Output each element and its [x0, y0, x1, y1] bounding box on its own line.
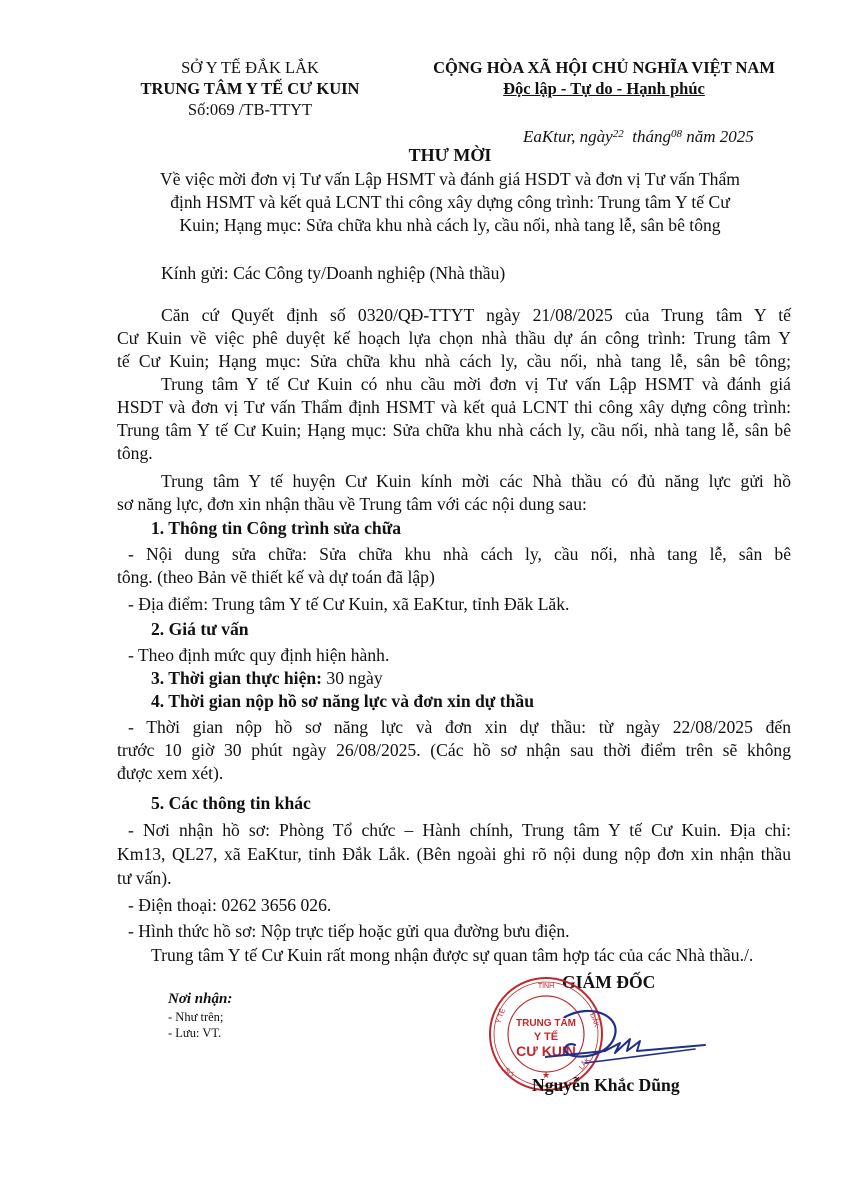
section-5-item: - Nơi nhận hồ sơ: Phòng Tổ chức – Hành c… — [128, 820, 791, 841]
section-2-item: - Theo định mức quy định hiện hành. — [128, 645, 802, 666]
section-5-item-cont: tư vấn). — [117, 868, 791, 889]
recipients-item: - Lưu: VT. — [168, 1025, 232, 1041]
para1-line: Cư Kuin về việc phê duyệt kế hoạch lựa c… — [117, 328, 791, 349]
stamp-bottom-left-text: SỞ — [502, 1066, 516, 1080]
date-month: 08 — [671, 128, 682, 140]
section-4-item-cont: được xem xét). — [117, 763, 791, 784]
national-motto: Độc lập - Tự do - Hạnh phúc — [408, 78, 800, 99]
section-3-value: 30 ngày — [322, 668, 383, 688]
closing-line: Trung tâm Y tế Cư Kuin rất mong nhận đượ… — [151, 945, 825, 966]
document-number: Số:069 /TB-TTYT — [100, 99, 400, 120]
recipients-block: Nơi nhận: - Như trên; - Lưu: VT. — [168, 989, 232, 1041]
handwritten-signature-icon — [545, 1005, 715, 1075]
date-place: EaKtur, ngày — [523, 127, 613, 146]
section-3-heading: 3. Thời gian thực hiện: — [151, 668, 322, 688]
para2-line: Trung tâm Y tế Cư Kuin có nhu cầu mời đơ… — [161, 374, 791, 395]
signer-name: Nguyễn Khắc Dũng — [532, 1075, 680, 1096]
para3-line: Trung tâm Y tế huyện Cư Kuin kính mời cá… — [161, 471, 791, 492]
section-1-item: - Nội dung sửa chữa: Sửa chữa khu nhà cá… — [128, 544, 791, 565]
para3-line: sơ năng lực, đơn xin nhận thầu về Trung … — [117, 494, 791, 515]
header-right: CỘNG HÒA XÃ HỘI CHỦ NGHĨA VIỆT NAM Độc l… — [408, 57, 800, 99]
subject: Về việc mời đơn vị Tư vấn Lập HSMT và đá… — [100, 168, 800, 237]
section-4-item: - Thời gian nộp hồ sơ năng lực và đơn xi… — [128, 717, 791, 738]
section-2-heading: 2. Giá tư vấn — [151, 619, 825, 640]
section-5-form: - Hình thức hồ sơ: Nộp trực tiếp hoặc gử… — [128, 921, 802, 942]
para1-line: Căn cứ Quyết định số 0320/QĐ-TTYT ngày 2… — [161, 305, 791, 326]
date-month-label: tháng — [632, 127, 671, 146]
section-3: 3. Thời gian thực hiện: 30 ngày — [151, 668, 825, 689]
date-year: năm 2025 — [686, 127, 754, 146]
organization-name: TRUNG TÂM Y TẾ CƯ KUIN — [100, 78, 400, 99]
subject-line: định HSMT và kết quả LCNT thi công xây d… — [100, 191, 800, 214]
para2-line: HSDT và đơn vị Tư vấn Thẩm định HSMT và … — [117, 397, 791, 418]
section-4-item-cont: trước 10 giờ 30 phút ngày 26/08/2025. (C… — [117, 740, 791, 761]
section-1-heading: 1. Thông tin Công trình sửa chữa — [151, 518, 825, 539]
para1-line: tế Cư Kuin; Hạng mục: Sửa chữa khu nhà c… — [117, 351, 791, 372]
subject-line: Kuin; Hạng mục: Sửa chữa khu nhà cách ly… — [100, 214, 800, 237]
recipients-item: - Như trên; — [168, 1009, 232, 1025]
section-5-phone: - Điện thoại: 0262 3656 026. — [128, 895, 802, 916]
date-line: EaKtur, ngày22 tháng08 năm 2025 — [523, 127, 754, 147]
subject-line: Về việc mời đơn vị Tư vấn Lập HSMT và đá… — [100, 168, 800, 191]
date-day: 22 — [613, 128, 624, 140]
para2-line: Trung tâm Y tế Cư Kuin; Hạng mục: Sửa ch… — [117, 420, 791, 441]
section-5-heading: 5. Các thông tin khác — [151, 793, 825, 814]
document-title: THƯ MỜI — [100, 145, 800, 166]
recipient-line: Kính gửi: Các Công ty/Doanh nghiệp (Nhà … — [161, 263, 505, 284]
stamp-top-text: TỈNH — [538, 981, 554, 990]
section-4-heading: 4. Thời gian nộp hồ sơ năng lực và đơn x… — [151, 691, 825, 712]
section-1-location: - Địa điểm: Trung tâm Y tế Cư Kuin, xã E… — [128, 594, 802, 615]
agency-name: SỞ Y TẾ ĐẮK LẮK — [100, 57, 400, 78]
header-left: SỞ Y TẾ ĐẮK LẮK TRUNG TÂM Y TẾ CƯ KUIN S… — [100, 57, 400, 120]
section-5-item-cont: Km13, QL27, xã EaKtur, tỉnh Đắk Lắk. (Bê… — [117, 844, 791, 865]
para2-line: tông. — [117, 443, 791, 464]
recipients-label: Nơi nhận: — [168, 989, 232, 1009]
section-1-item-cont: tông. (theo Bản vẽ thiết kế và dự toán đ… — [117, 567, 791, 588]
country-name: CỘNG HÒA XÃ HỘI CHỦ NGHĨA VIỆT NAM — [408, 57, 800, 78]
